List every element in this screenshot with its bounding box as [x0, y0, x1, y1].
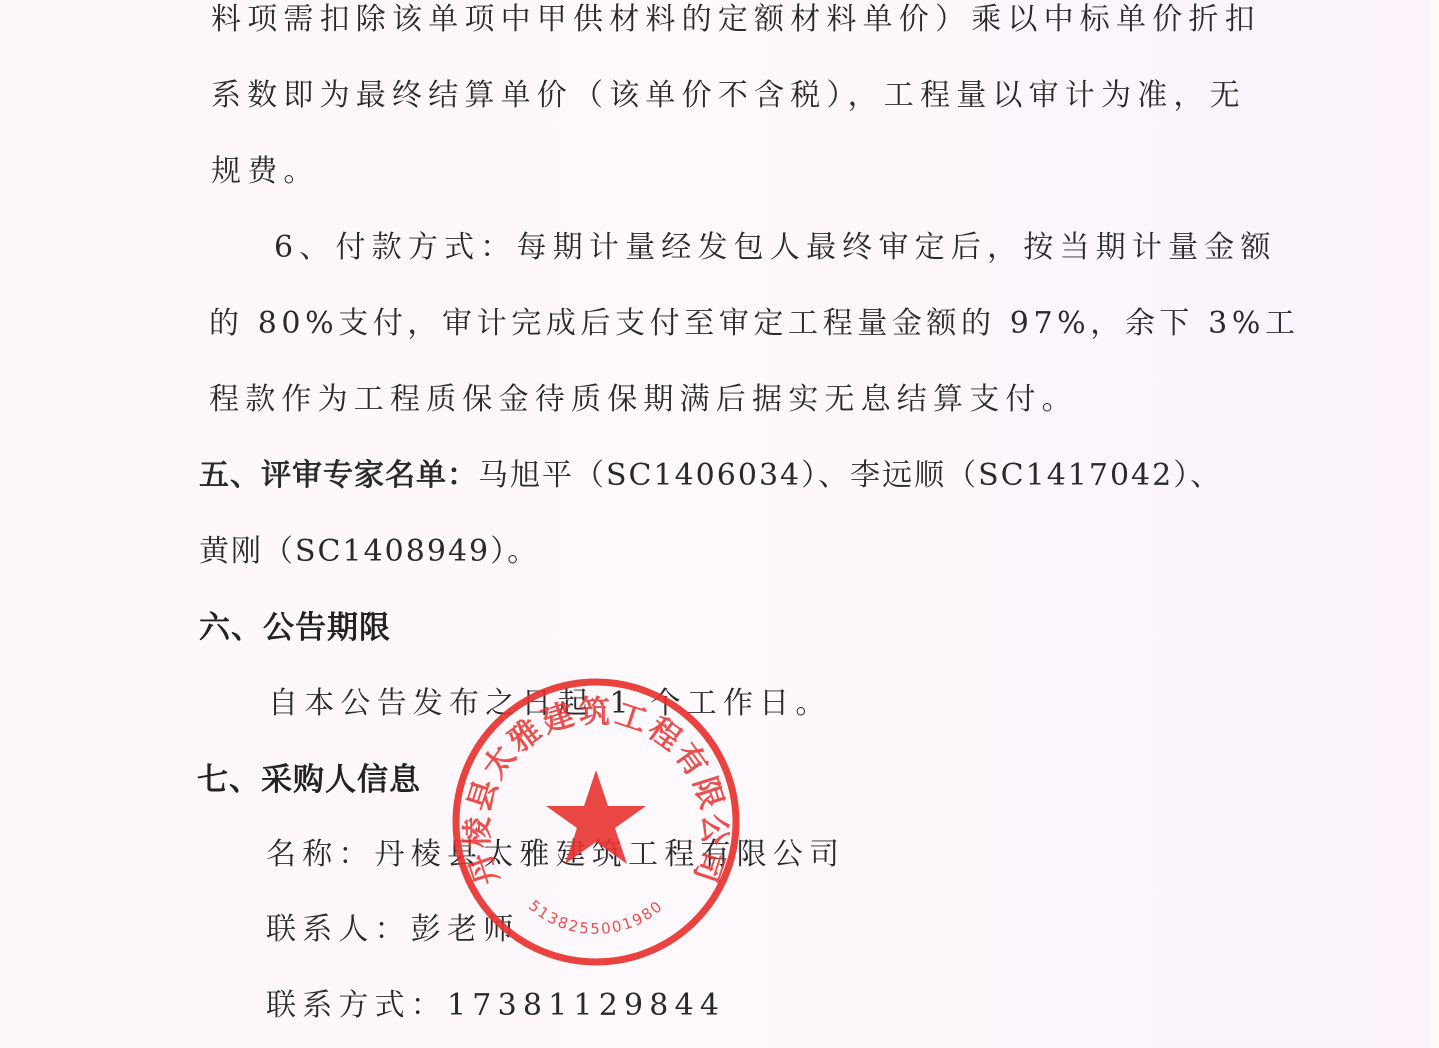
- clause-6-line-3: 程款作为工程质保金待质保期满后据实无息结算支付。: [209, 380, 1078, 420]
- experts-line-2-text: 黄刚（SC1408949）。: [199, 534, 539, 569]
- purchaser-phone: 联系方式：17381129844: [266, 986, 725, 1026]
- page-edge: [1430, 0, 1439, 1048]
- clause-5-line-1: 料项需扣除该单项中甲供材料的定额材料单价）乘以中标单价折扣: [211, 0, 1261, 40]
- clause-5-line-2: 系数即为最终结算单价（该单价不含税），工程量以审计为准，无: [211, 76, 1246, 116]
- section-7-heading: 七、采购人信息: [197, 760, 421, 800]
- section-5-experts: 五、评审专家名单：马旭平（SC1406034）、李远顺（SC1417042）、: [199, 456, 1222, 496]
- experts-line-2: 黄刚（SC1408949）。: [199, 532, 539, 572]
- section-6-text: 自本公告发布之日起 1 个工作日。: [268, 684, 832, 724]
- seal-code-text: 5138255001980: [525, 896, 667, 938]
- section-6-heading: 六、公告期限: [199, 608, 391, 648]
- purchaser-contact: 联系人：彭老师: [266, 910, 519, 950]
- section-5-heading: 五、评审专家名单：: [199, 458, 478, 493]
- experts-line-1: 马旭平（SC1406034）、李远顺（SC1417042）、: [478, 458, 1222, 493]
- document-page: 料项需扣除该单项中甲供材料的定额材料单价）乘以中标单价折扣 系数即为最终结算单价…: [0, 0, 1430, 1048]
- clause-6-line-2: 的 80%支付，审计完成后支付至审定工程量金额的 97%，余下 3%工: [209, 304, 1300, 344]
- purchaser-name: 名称：丹棱县太雅建筑工程有限公司: [266, 835, 845, 875]
- clause-6-line-1: 6、付款方式：每期计量经发包人最终审定后，按当期计量金额: [274, 228, 1277, 268]
- svg-text:5138255001980: 5138255001980: [525, 896, 667, 938]
- clause-5-line-3: 规费。: [211, 152, 320, 192]
